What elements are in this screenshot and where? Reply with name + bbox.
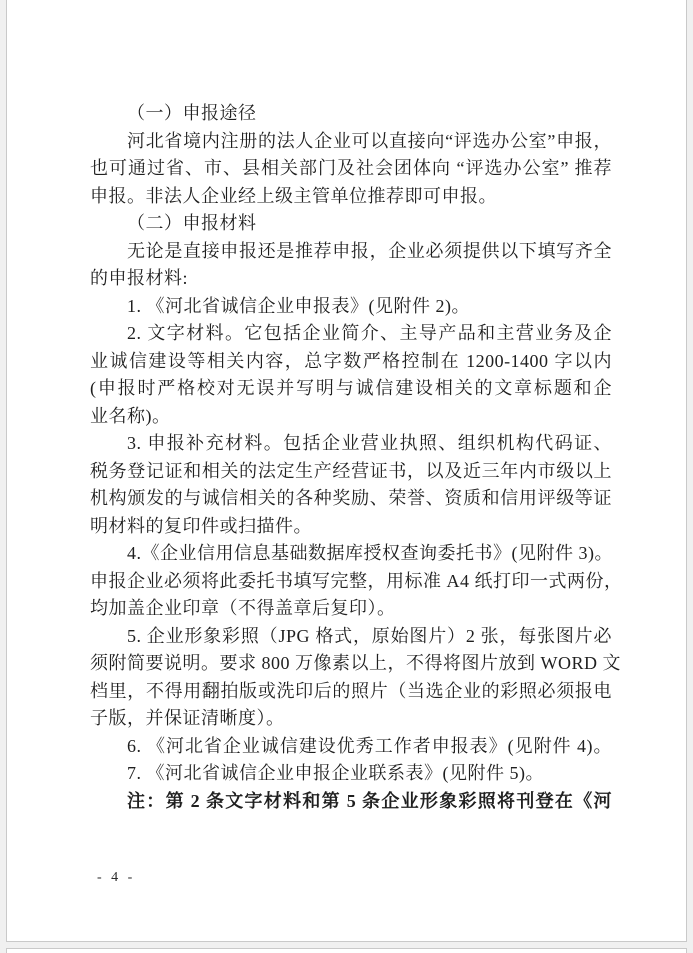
text-line: 申报。非法人企业经上级主管单位推荐即可申报。: [90, 183, 612, 211]
note-line: 注：第 2 条文字材料和第 5 条企业形象彩照将刊登在《河: [90, 788, 612, 816]
text-line: 的申报材料:: [90, 265, 612, 293]
text-line: 均加盖企业印章（不得盖章后复印）。: [90, 595, 612, 623]
text-line: 明材料的复印件或扫描件。: [90, 513, 612, 541]
text-line: 无论是直接申报还是推荐申报，企业必须提供以下填写齐全: [90, 238, 612, 266]
text-line: 须附简要说明。要求 800 万像素以上，不得将图片放到 WORD 文: [90, 650, 612, 678]
text-line: 3. 申报补充材料。包括企业营业执照、组织机构代码证、: [90, 430, 612, 458]
text-line: 也可通过省、市、县相关部门及社会团体向 “评选办公室” 推荐: [90, 155, 612, 183]
text-line: 业诚信建设等相关内容，总字数严格控制在 1200-1400 字以内: [90, 348, 612, 376]
text-line: 申报企业必须将此委托书填写完整，用标准 A4 纸打印一式两份，: [90, 568, 612, 596]
text-line: 6. 《河北省企业诚信建设优秀工作者申报表》(见附件 4)。: [90, 733, 612, 761]
text-line: 5. 企业形象彩照（JPG 格式，原始图片）2 张，每张图片必: [90, 623, 612, 651]
text-line: 4.《企业信用信息基础数据库授权查询委托书》(见附件 3)。: [90, 540, 612, 568]
text-line: 2. 文字材料。它包括企业简介、主导产品和主营业务及企: [90, 320, 612, 348]
text-line: 业名称)。: [90, 403, 612, 431]
text-line: （一）申报途径: [90, 100, 612, 128]
text-line: 机构颁发的与诚信相关的各种奖励、荣誉、资质和信用评级等证: [90, 485, 612, 513]
document-viewer: （一）申报途径 河北省境内注册的法人企业可以直接向“评选办公室”申报， 也可通过…: [0, 0, 693, 953]
text-line: （二）申报材料: [90, 210, 612, 238]
next-page-sliver: [6, 948, 687, 953]
text-line: 税务登记证和相关的法定生产经营证书，以及近三年内市级以上: [90, 458, 612, 486]
text-line: 子版，并保证清晰度）。: [90, 705, 612, 733]
text-line: (申报时严格校对无误并写明与诚信建设相关的文章标题和企: [90, 375, 612, 403]
text-line: 河北省境内注册的法人企业可以直接向“评选办公室”申报，: [90, 128, 612, 156]
document-page: （一）申报途径 河北省境内注册的法人企业可以直接向“评选办公室”申报， 也可通过…: [6, 0, 687, 942]
document-text: （一）申报途径 河北省境内注册的法人企业可以直接向“评选办公室”申报， 也可通过…: [90, 100, 612, 815]
text-line: 7. 《河北省诚信企业申报企业联系表》(见附件 5)。: [90, 760, 612, 788]
text-line: 档里，不得用翻拍版或洗印后的照片（当选企业的彩照必须报电: [90, 678, 612, 706]
page-number: - 4 -: [97, 870, 135, 886]
text-line: 1. 《河北省诚信企业申报表》(见附件 2)。: [90, 293, 612, 321]
